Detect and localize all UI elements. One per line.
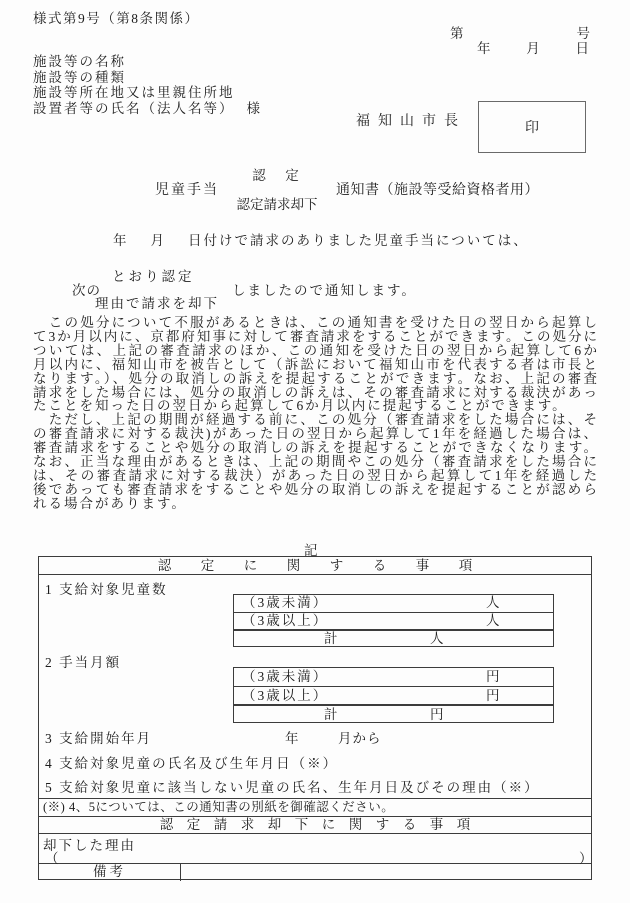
amount-total-label: 計 <box>324 706 338 723</box>
child-count-table: （3歳未満） 人 （3歳以上） 人 計 人 <box>233 594 554 647</box>
section1-header: 認 定 に 関 す る 事 項 <box>39 557 591 575</box>
amount-over3-label: （3歳以上） <box>242 687 328 704</box>
child-count-under3-row: （3歳未満） 人 <box>234 595 553 612</box>
item1-label: 1 支給対象児童数 <box>45 578 168 598</box>
title-prefix: 児童手当 <box>155 179 219 199</box>
title-choice-approval: 認 定 <box>229 164 325 184</box>
recipient-founder-label: 設置者等の氏名（法人名等） <box>33 101 235 116</box>
details-table: 認 定 に 関 す る 事 項 1 支給対象児童数 （3歳未満） 人 （3歳以上… <box>38 556 592 880</box>
intro-tail: しましたので通知します。 <box>232 279 417 299</box>
child-count-total-row: 計 人 <box>234 629 553 646</box>
date-month-label: 月 <box>526 37 540 57</box>
amount-under3-label: （3歳未満） <box>242 668 328 685</box>
doc-number-prefix: 第 <box>450 22 464 42</box>
item2-label: 2 手当月額 <box>45 651 121 671</box>
note-row: (※) 4、5については、この通知書の別紙を御確認ください。 <box>39 798 591 816</box>
intro-month-label: 月 <box>151 233 167 248</box>
title-choice-rejection: 認定請求却下 <box>229 193 325 213</box>
intro-year-label: 年 <box>113 233 129 248</box>
item3-row: 3 支給開始年月 年 月から <box>45 727 585 747</box>
appeal-paragraph-1: この処分について不服があるときは、この通知書を受けた日の翌日から起算して3か月以… <box>33 316 599 413</box>
amount-over3-unit: 円 <box>486 687 500 704</box>
amount-over3-row: （3歳以上） 円 <box>234 686 553 704</box>
child-count-total-unit: 人 <box>430 631 444 647</box>
remarks-value-cell <box>181 864 591 881</box>
rejection-open-paren: （ <box>45 847 59 867</box>
item5-label: 5 支給対象児童に該当しない児童の氏名、生年月日及びその理由（※） <box>45 776 540 796</box>
child-count-over3-label: （3歳以上） <box>242 613 328 629</box>
recipient-facility-type-label: 施設等の種類 <box>33 70 262 86</box>
appeal-instructions: この処分について不服があるときは、この通知書を受けた日の翌日から起算して3か月以… <box>33 316 599 511</box>
seal-label: 印 <box>525 117 539 137</box>
recipient-address-label: 施設等所在地又は里親住所地 <box>33 85 262 101</box>
remarks-row: 備考 <box>39 863 591 881</box>
section2-header: 認 定 請 求 却 下 に 関 す る 事 項 <box>39 816 591 833</box>
title-suffix: 通知書（施設等受給資格者用） <box>336 179 539 199</box>
date-year-label: 年 <box>477 37 491 57</box>
recipient-honorific: 様 <box>247 101 263 116</box>
intro-choice-approved: とおり認定 <box>112 265 195 285</box>
item3-month-from-label: 月から <box>338 727 382 747</box>
intro-choice-rejected: 理由で請求を却下 <box>95 292 219 312</box>
remarks-label: 備考 <box>39 864 181 881</box>
item3-year-label: 年 <box>285 727 301 747</box>
item4-label: 4 支給対象児童の氏名及び生年月日（※） <box>45 752 338 772</box>
rejection-reason-row: 却下した理由 （ ） <box>39 833 591 863</box>
child-count-under3-label: （3歳未満） <box>242 595 328 611</box>
amount-total-unit: 円 <box>430 706 444 723</box>
seal-box: 印 <box>478 101 586 153</box>
recipient-founder-line: 設置者等の氏名（法人名等）様 <box>33 101 262 117</box>
item3-label: 3 支給開始年月 <box>45 731 152 746</box>
amount-under3-unit: 円 <box>486 668 500 685</box>
appeal-paragraph-2: ただし、上記の期間が経過する前に、この処分（審査請求をした場合には、その審査請求… <box>33 413 599 510</box>
child-count-under3-unit: 人 <box>486 595 500 611</box>
child-count-total-label: 計 <box>324 631 338 647</box>
amount-under3-row: （3歳未満） 円 <box>234 668 553 686</box>
notification-document-page: 様式第9号（第8条関係） 第 号 年 月 日 施設等の名称 施設等の種類 施設等… <box>0 0 630 903</box>
section1-body: 1 支給対象児童数 （3歳未満） 人 （3歳以上） 人 計 人 2 手当月額 <box>39 575 591 798</box>
date-day-label: 日 <box>576 37 590 57</box>
child-count-over3-row: （3歳以上） 人 <box>234 612 553 629</box>
mayor-title: 福知山市長 <box>356 110 466 130</box>
child-count-over3-unit: 人 <box>486 613 500 629</box>
intro-date-rest: 日付けで請求のありました児童手当については、 <box>188 233 529 248</box>
recipient-facility-name-label: 施設等の名称 <box>33 54 262 70</box>
form-number: 様式第9号（第8条関係） <box>33 7 200 27</box>
amount-total-row: 計 円 <box>234 704 553 722</box>
recipient-block: 施設等の名称 施設等の種類 施設等所在地又は里親住所地 設置者等の氏名（法人名等… <box>33 54 262 116</box>
intro-date-line: 年月日付けで請求のありました児童手当については、 <box>113 229 529 249</box>
monthly-amount-table: （3歳未満） 円 （3歳以上） 円 計 円 <box>233 667 554 723</box>
date-line: 年 月 日 <box>477 37 589 57</box>
rejection-close-paren: ） <box>579 847 593 867</box>
